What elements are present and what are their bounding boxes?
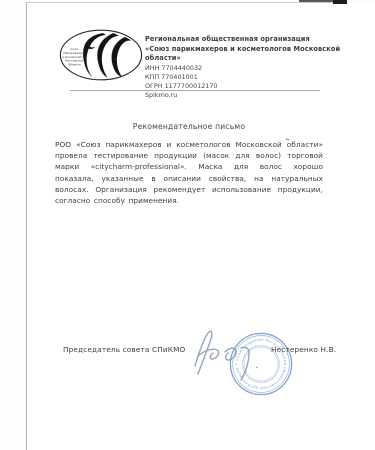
signer-name: Нестеренко Н.В. [271, 345, 336, 354]
letter-title: Рекомендательное письмо [55, 122, 323, 131]
header-divider [70, 90, 320, 91]
letter-body: РОО «Союз парикмахеров и косметологов Мо… [55, 139, 323, 206]
organization-logo: Союз Парикмахеров и Косметологов Московс… [58, 28, 144, 82]
org-inn: ИНН 7704440032 [145, 64, 355, 73]
org-kpp: КПП 770401001 [145, 73, 355, 82]
signer-position: Председатель совета СПиКМО [63, 345, 185, 354]
svg-text:Области: Области [68, 63, 81, 67]
handwritten-signature [183, 322, 273, 384]
org-website: Spikmo.ru [145, 91, 355, 100]
org-type: Региональная общественная организация [145, 35, 355, 45]
scan-artifact-block [333, 0, 347, 4]
page-left-edge-line [26, 2, 27, 450]
page-top-edge-line [27, 2, 345, 3]
org-name: «Союз парикмахеров и косметологов Москов… [145, 45, 355, 64]
